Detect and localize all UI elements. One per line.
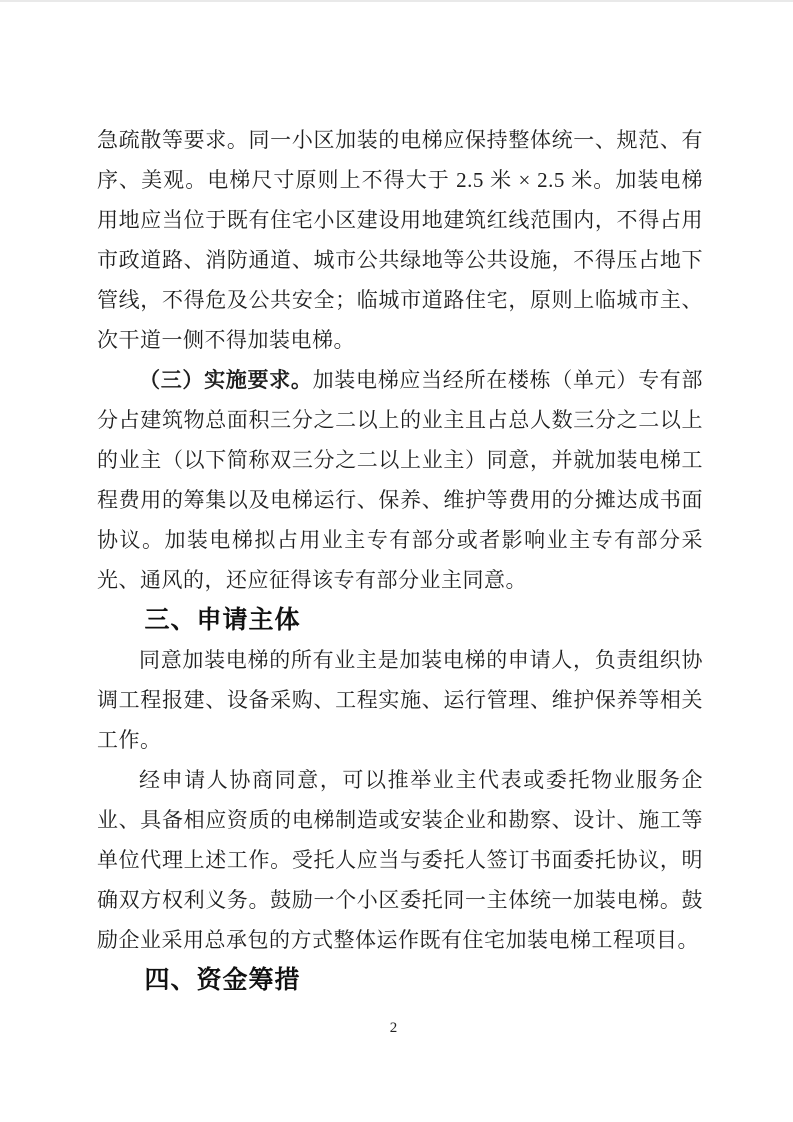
paragraph: 同意加装电梯的所有业主是加装电梯的申请人，负责组织协调工程报建、设备采购、工程实… (97, 640, 703, 760)
section-heading: 三、申请主体 (97, 600, 703, 640)
page-content: 急疏散等要求。同一小区加装的电梯应保持整体统一、规范、有序、美观。电梯尺寸原则上… (97, 120, 703, 1000)
paragraph: （三）实施要求。加装电梯应当经所在楼栋（单元）专有部分占建筑物总面积三分之二以上… (97, 360, 703, 600)
paragraph-bold-lead: （三）实施要求。 (139, 368, 313, 392)
page-number: 2 (0, 1020, 787, 1037)
paragraph: 经申请人协商同意，可以推举业主代表或委托物业服务企业、具备相应资质的电梯制造或安… (97, 760, 703, 960)
paragraph: 急疏散等要求。同一小区加装的电梯应保持整体统一、规范、有序、美观。电梯尺寸原则上… (97, 120, 703, 360)
section-heading: 四、资金筹措 (97, 960, 703, 1000)
document-page: 急疏散等要求。同一小区加装的电梯应保持整体统一、规范、有序、美观。电梯尺寸原则上… (0, 0, 793, 1122)
